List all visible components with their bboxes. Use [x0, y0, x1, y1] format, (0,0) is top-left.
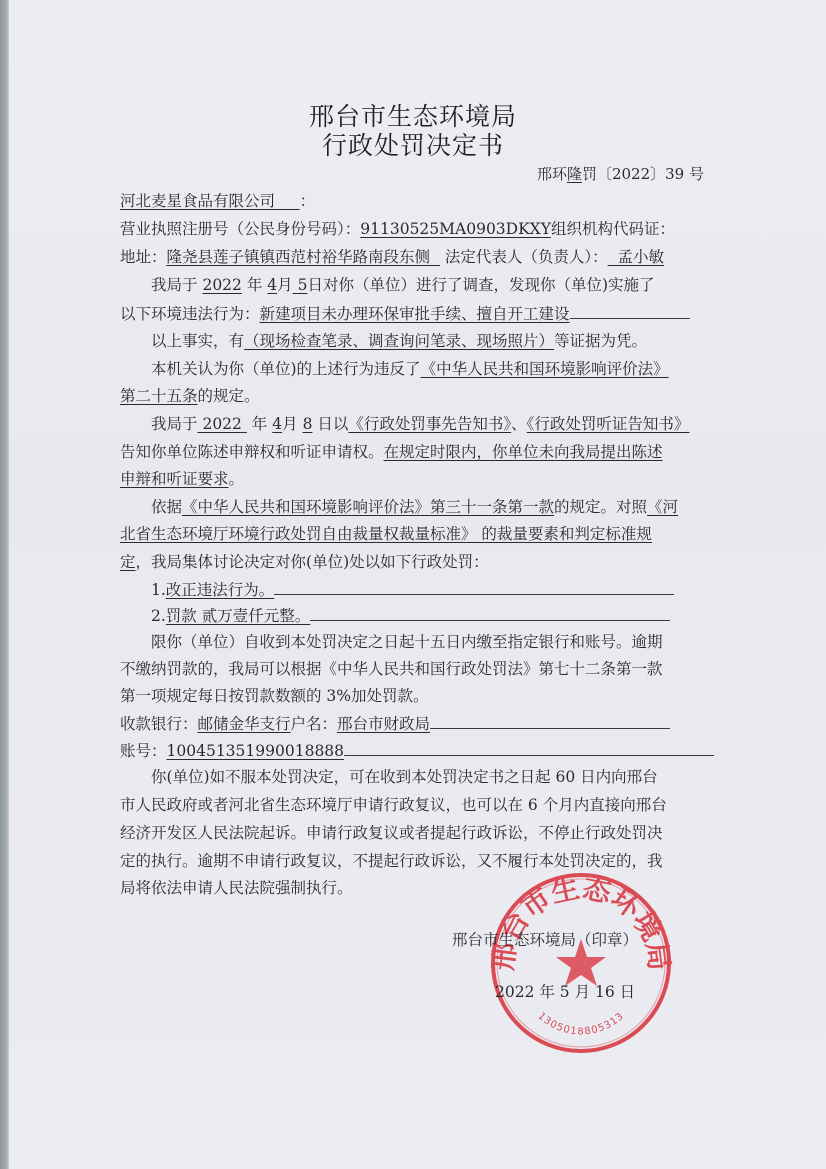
payment-line-1: 限你（单位）自收到本处罚决定之日起十五日内缴至指定银行和账号。逾期	[120, 631, 705, 653]
investigation-line-2: 以下环境违法行为：新建项目未办理环保审批手续、擅自开工建设	[120, 302, 705, 325]
evidence-items: （现场检查笔录、调查询问笔录、现场照片）	[244, 332, 554, 350]
penalty-item-2: 2.罚款 贰万壹仟元整。	[120, 604, 705, 627]
party-name-line: 河北麦星食品有限公司 ：	[120, 190, 705, 212]
address-line: 地址：隆尧县莲子镇镇西范村裕华路南段东侧 法定代表人（负责人）： 孟小敏	[120, 246, 705, 268]
party-name: 河北麦星食品有限公司	[120, 192, 275, 210]
evidence-line: 以上事实，有（现场检查笔录、调查询问笔录、现场照片）等证据为凭。	[120, 330, 705, 352]
agency-title: 邢台市生态环境局	[0, 102, 826, 132]
basis-line-2: 北省生态环境厅环境行政处罚自由裁量权裁量标准》 的裁量要素和判定标准规	[120, 523, 705, 545]
penalty-item-1: 1.改正违法行为。	[120, 578, 705, 601]
payment-line-2: 不缴纳罚款的，我局可以根据《中华人民共和国行政处罚法》第七十二条第一款	[120, 658, 705, 680]
notice-line-2: 告知你单位陈述申辩权和听证申请权。在规定时限内，你单位未向我局提出陈述	[120, 441, 705, 463]
document-number: 邢环隆罚〔2022〕39 号	[537, 163, 704, 184]
account-name: 邢台市财政局	[337, 715, 430, 733]
appeal-line-4: 定的执行。逾期不申请行政复议，不提起行政诉讼，又不履行本处罚决定的，我	[120, 850, 705, 872]
notice-line-1: 我局于 2022 年 4月 8 日以《行政处罚事先告知书》、《行政处罚听证告知书…	[120, 413, 705, 435]
appeal-line-3: 经济开发区人民法院起诉。申请行政复议或者提起行政诉讼，不停止行政处罚决	[120, 822, 705, 844]
license-line: 营业执照注册号（公民身份号码）：91130525MA0903DKXY组织机构代码…	[120, 218, 705, 240]
issuer-signature: 邢台市生态环境局（印章）	[452, 928, 638, 950]
issue-date: 2022 年 5 月 16 日	[495, 980, 635, 1002]
appeal-line-2: 市人民政府或者河北省生态环境厅申请行政复议，也可以在 6 个月内直接向邢台	[120, 794, 705, 816]
document-type-title: 行政处罚决定书	[0, 131, 826, 161]
basis-line-1: 依据《中华人民共和国环境影响评价法》第三十一条第一款的规定。对照《河	[120, 496, 705, 518]
violated-law-line-1: 本机关认为你（单位)的上述行为违反了《中华人民共和国环境影响评价法》	[120, 358, 705, 380]
scanner-edge	[0, 0, 9, 1169]
appeal-line-5: 局将依法申请人民法院强制执行。	[120, 877, 705, 899]
appeal-line-1: 你(单位)如不服本处罚决定，可在收到本处罚决定书之日起 60 日内向邢台	[120, 766, 705, 788]
payment-line-3: 第一项规定每日按罚款数额的 3%加处罚款。	[120, 685, 705, 707]
account-number: 100451351990018888	[167, 742, 345, 760]
investigation-line-1: 我局于 2022 年 4月 5日对你（单位）进行了调查，发现你（单位)实施了	[120, 274, 705, 296]
account-line: 账号：100451351990018888	[120, 739, 705, 762]
violated-law-line-2: 第二十五条的规定。	[120, 385, 705, 407]
violation-description: 新建项目未办理环保审批手续、擅自开工建设	[260, 305, 570, 323]
bank-line: 收款银行：邮储金华支行户名：邢台市财政局	[120, 712, 705, 735]
license-number: 91130525MA0903DKXY	[360, 220, 551, 238]
basis-line-3: 定，我局集体讨论决定对你(单位)处以如下行政处罚：	[120, 551, 705, 573]
bank-name: 邮储金华支行	[198, 715, 291, 733]
address-value: 隆尧县莲子镇镇西范村裕华路南段东侧	[167, 248, 431, 266]
notice-line-3: 申辩和听证要求。	[120, 468, 705, 490]
legal-rep-name: 孟小敏	[617, 248, 664, 266]
